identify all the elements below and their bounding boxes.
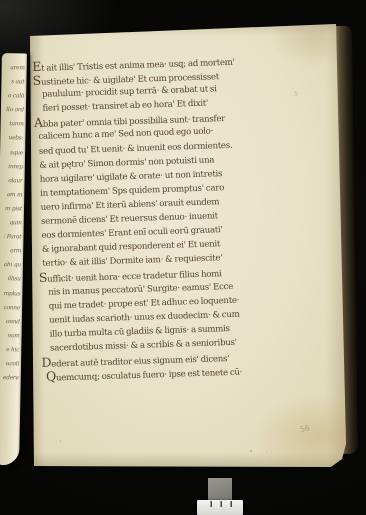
facing-page-fragment: e hic bbox=[0, 343, 19, 358]
facing-page-fragment: m pist bbox=[0, 202, 22, 217]
facing-page-fragment: tanm bbox=[0, 117, 24, 132]
margin-mark: x bbox=[293, 89, 299, 99]
facing-page-fragment: quin bbox=[0, 216, 22, 231]
facing-page-fragment: sque bbox=[0, 146, 23, 161]
facing-page-fragment: nom bbox=[0, 329, 20, 344]
facing-page-edge: arem s aut o calā llo ord tanm uebs: squ… bbox=[0, 53, 27, 465]
facing-page-fragment: arem bbox=[0, 61, 25, 76]
manuscript-text: Et ait illis' Tristis est anima mea· usq… bbox=[34, 53, 278, 384]
facing-page-fragment: am m bbox=[0, 188, 22, 203]
facing-page-fragment: olaur bbox=[0, 174, 23, 189]
ruler bbox=[197, 500, 243, 515]
photo-background: Et ait illis' Tristis est anima mea· usq… bbox=[0, 0, 366, 515]
facing-page-fragment: ucoli bbox=[0, 357, 19, 372]
facing-page-fragments: arem s aut o calā llo ord tanm uebs: squ… bbox=[0, 61, 25, 386]
parchment-speck bbox=[266, 452, 267, 453]
facing-page-fragment: s aut bbox=[0, 75, 25, 90]
folio-number: 56 bbox=[299, 423, 310, 434]
ruler-tick-marks bbox=[202, 501, 240, 507]
facing-page-fragment: mplus bbox=[0, 286, 21, 301]
facing-page-fragment: conne bbox=[0, 301, 20, 316]
facing-page-fragment: o calā bbox=[0, 89, 24, 104]
parchment-speck bbox=[250, 450, 252, 452]
facing-page-fragment: inrep bbox=[0, 160, 23, 175]
facing-page-fragment: uebs: bbox=[0, 131, 23, 146]
gray-card bbox=[208, 478, 232, 500]
facing-page-fragment: erm bbox=[0, 244, 21, 259]
facing-page-fragment: ahi qu bbox=[0, 258, 21, 273]
facing-page-fragment: illisu bbox=[0, 272, 21, 287]
facing-page-fragment: : Parat bbox=[0, 230, 22, 245]
facing-page-fragment: llo ord bbox=[0, 103, 24, 118]
parchment-speck bbox=[60, 440, 61, 442]
facing-page-fragment: onnd bbox=[0, 315, 20, 330]
facing-page-fragment: edere bbox=[0, 371, 19, 386]
